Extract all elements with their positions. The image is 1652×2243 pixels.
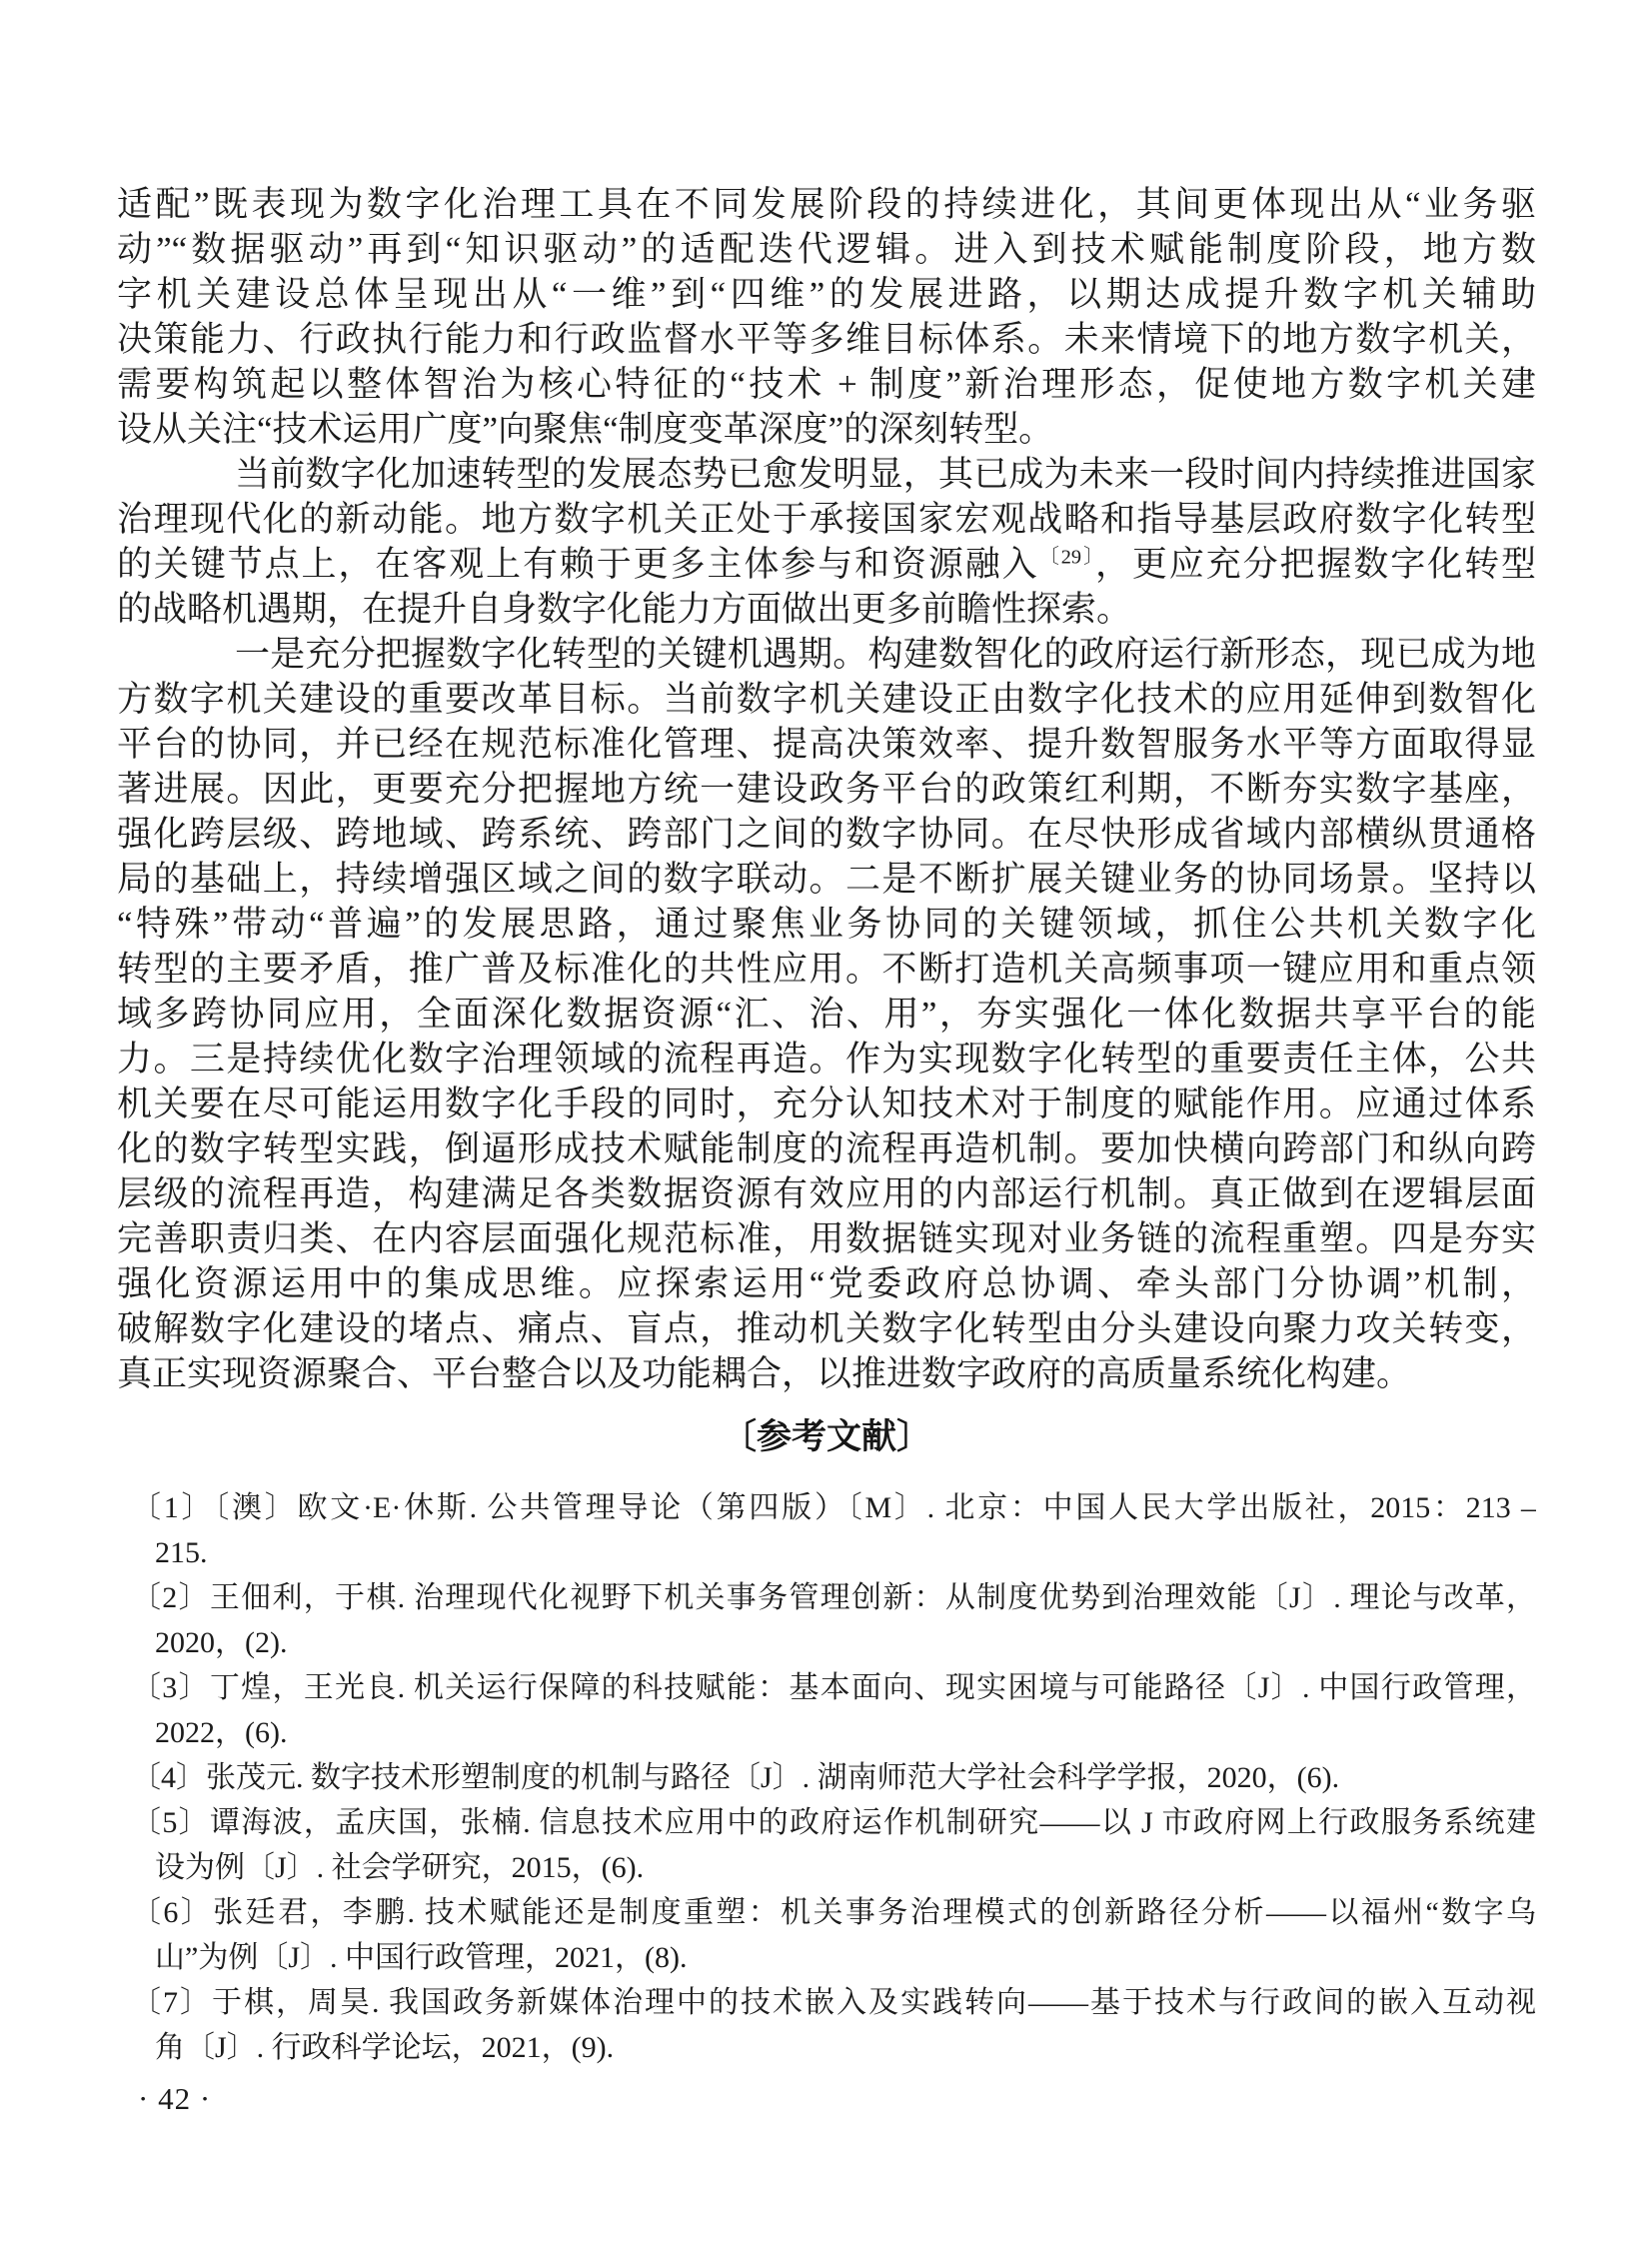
reference-line: 2022，(6). — [117, 1710, 1536, 1755]
body-text-line: 适配”既表现为数字化治理工具在不同发展阶段的持续进化，其间更体现出从“业务驱 — [117, 182, 1536, 227]
reference-line: 设为例〔J〕. 社会学研究，2015，(6). — [117, 1845, 1536, 1890]
body-text-line: 层级的流程再造，构建满足各类数据资源有效应用的内部运行机制。真正做到在逻辑层面 — [117, 1171, 1536, 1216]
reference-item: 〔2〕王佃利，于棋. 治理现代化视野下机关事务管理创新：从制度优势到治理效能〔J… — [117, 1575, 1536, 1665]
references-heading: 〔参考文献〕 — [117, 1414, 1536, 1459]
body-text-line: 强化跨层级、跨地域、跨系统、跨部门之间的数字协同。在尽快形成省域内部横纵贯通格 — [117, 812, 1536, 857]
body-text-line: 力。三是持续优化数字治理领域的流程再造。作为实现数字化转型的重要责任主体，公共 — [117, 1037, 1536, 1082]
reference-item: 〔3〕丁煌，王光良. 机关运行保障的科技赋能：基本面向、现实困境与可能路径〔J〕… — [117, 1665, 1536, 1755]
body-text-line: 当前数字化加速转型的发展态势已愈发明显，其已成为未来一段时间内持续推进国家 — [117, 452, 1536, 497]
body-text-line: 设从关注“技术运用广度”向聚焦“制度变革深度”的深刻转型。 — [117, 407, 1536, 452]
body-text-line: 一是充分把握数字化转型的关键机遇期。构建数智化的政府运行新形态，现已成为地 — [117, 632, 1536, 677]
article-body: 适配”既表现为数字化治理工具在不同发展阶段的持续进化，其间更体现出从“业务驱动”… — [0, 0, 1652, 1396]
paragraph: 当前数字化加速转型的发展态势已愈发明显，其已成为未来一段时间内持续推进国家治理现… — [117, 452, 1536, 632]
reference-line: 山”为例〔J〕. 中国行政管理，2021，(8). — [117, 1935, 1536, 1980]
paragraph: 适配”既表现为数字化治理工具在不同发展阶段的持续进化，其间更体现出从“业务驱动”… — [117, 182, 1536, 452]
body-text-line: 破解数字化建设的堵点、痛点、盲点，推动机关数字化转型由分头建设向聚力攻关转变， — [117, 1306, 1536, 1351]
body-text-line: “特殊”带动“普遍”的发展思路，通过聚焦业务协同的关键领域，抓住公共机关数字化 — [117, 902, 1536, 947]
body-text-line: 需要构筑起以整体智治为核心特征的“技术 + 制度”新治理形态，促使地方数字机关建 — [117, 362, 1536, 407]
reference-line: 215. — [117, 1530, 1536, 1575]
reference-item: 〔1〕〔澳〕欧文·E·休斯. 公共管理导论（第四版）〔M〕. 北京：中国人民大学… — [117, 1485, 1536, 1575]
body-text-line: 决策能力、行政执行能力和行政监督水平等多维目标体系。未来情境下的地方数字机关， — [117, 317, 1536, 362]
body-text-line: 局的基础上，持续增强区域之间的数字联动。二是不断扩展关键业务的协同场景。坚持以 — [117, 857, 1536, 902]
body-text-line: 化的数字转型实践，倒逼形成技术赋能制度的流程再造机制。要加快横向跨部门和纵向跨 — [117, 1126, 1536, 1171]
body-text-line: 真正实现资源聚合、平台整合以及功能耦合，以推进数字政府的高质量系统化构建。 — [117, 1351, 1536, 1396]
body-text-line: 方数字机关建设的重要改革目标。当前数字机关建设正由数字化技术的应用延伸到数智化 — [117, 677, 1536, 722]
reference-line: 〔1〕〔澳〕欧文·E·休斯. 公共管理导论（第四版）〔M〕. 北京：中国人民大学… — [117, 1485, 1536, 1530]
body-text-line: 的关键节点上，在客观上有赖于更多主体参与和资源融入〔29〕，更应充分把握数字化转… — [117, 542, 1536, 587]
body-text-line: 治理现代化的新动能。地方数字机关正处于承接国家宏观战略和指导基层政府数字化转型 — [117, 497, 1536, 542]
reference-line: 〔3〕丁煌，王光良. 机关运行保障的科技赋能：基本面向、现实困境与可能路径〔J〕… — [117, 1665, 1536, 1710]
reference-line: 〔4〕张茂元. 数字技术形塑制度的机制与路径〔J〕. 湖南师范大学社会科学学报，… — [117, 1755, 1536, 1800]
text-segment: ，更应充分把握数字化转型 — [1095, 545, 1536, 584]
body-text-line: 平台的协同，并已经在规范标准化管理、提高决策效率、提升数智服务水平等方面取得显 — [117, 722, 1536, 767]
reference-line: 〔6〕张廷君，李鹏. 技术赋能还是制度重塑：机关事务治理模式的创新路径分析——以… — [117, 1890, 1536, 1935]
reference-item: 〔7〕于棋，周昊. 我国政务新媒体治理中的技术嵌入及实践转向——基于技术与行政间… — [117, 1980, 1536, 2070]
reference-line: 〔2〕王佃利，于棋. 治理现代化视野下机关事务管理创新：从制度优势到治理效能〔J… — [117, 1575, 1536, 1620]
body-text-line: 动”“数据驱动”再到“知识驱动”的适配迭代逻辑。进入到技术赋能制度阶段，地方数 — [117, 227, 1536, 272]
reference-item: 〔5〕谭海波，孟庆国，张楠. 信息技术应用中的政府运作机制研究——以 J 市政府… — [117, 1800, 1536, 1890]
body-text-line: 字机关建设总体呈现出从“一维”到“四维”的发展进路，以期达成提升数字机关辅助 — [117, 272, 1536, 317]
reference-line: 〔7〕于棋，周昊. 我国政务新媒体治理中的技术嵌入及实践转向——基于技术与行政间… — [117, 1980, 1536, 2025]
reference-line: 角〔J〕. 行政科学论坛，2021，(9). — [117, 2025, 1536, 2070]
body-text-line: 机关要在尽可能运用数字化手段的同时，充分认知技术对于制度的赋能作用。应通过体系 — [117, 1082, 1536, 1126]
reference-item: 〔4〕张茂元. 数字技术形塑制度的机制与路径〔J〕. 湖南师范大学社会科学学报，… — [117, 1755, 1536, 1800]
paragraph: 一是充分把握数字化转型的关键机遇期。构建数智化的政府运行新形态，现已成为地方数字… — [117, 632, 1536, 1396]
body-text-line: 强化资源运用中的集成思维。应探索运用“党委政府总协调、牵头部门分协调”机制， — [117, 1261, 1536, 1306]
body-text-line: 域多跨协同应用，全面深化数据资源“汇、治、用”，夯实强化一体化数据共享平台的能 — [117, 992, 1536, 1037]
body-text-line: 的战略机遇期，在提升自身数字化能力方面做出更多前瞻性探索。 — [117, 587, 1536, 632]
document-page: 适配”既表现为数字化治理工具在不同发展阶段的持续进化，其间更体现出从“业务驱动”… — [0, 0, 1652, 2243]
reference-line: 〔5〕谭海波，孟庆国，张楠. 信息技术应用中的政府运作机制研究——以 J 市政府… — [117, 1800, 1536, 1845]
references-list: 〔1〕〔澳〕欧文·E·休斯. 公共管理导论（第四版）〔M〕. 北京：中国人民大学… — [0, 1485, 1652, 2070]
body-text-line: 著进展。因此，更要充分把握地方统一建设政务平台的政策红利期，不断夯实数字基座， — [117, 767, 1536, 812]
body-text-line: 转型的主要矛盾，推广普及标准化的共性应用。不断打造机关高频事项一键应用和重点领 — [117, 947, 1536, 992]
text-segment: 的关键节点上，在客观上有赖于更多主体参与和资源融入 — [117, 545, 1039, 584]
citation-superscript: 〔29〕 — [1039, 546, 1095, 568]
reference-line: 2020，(2). — [117, 1620, 1536, 1665]
page-number: · 42 · — [138, 2076, 1652, 2121]
body-text-line: 完善职责归类、在内容层面强化规范标准，用数据链实现对业务链的流程重塑。四是夯实 — [117, 1216, 1536, 1261]
reference-item: 〔6〕张廷君，李鹏. 技术赋能还是制度重塑：机关事务治理模式的创新路径分析——以… — [117, 1890, 1536, 1980]
